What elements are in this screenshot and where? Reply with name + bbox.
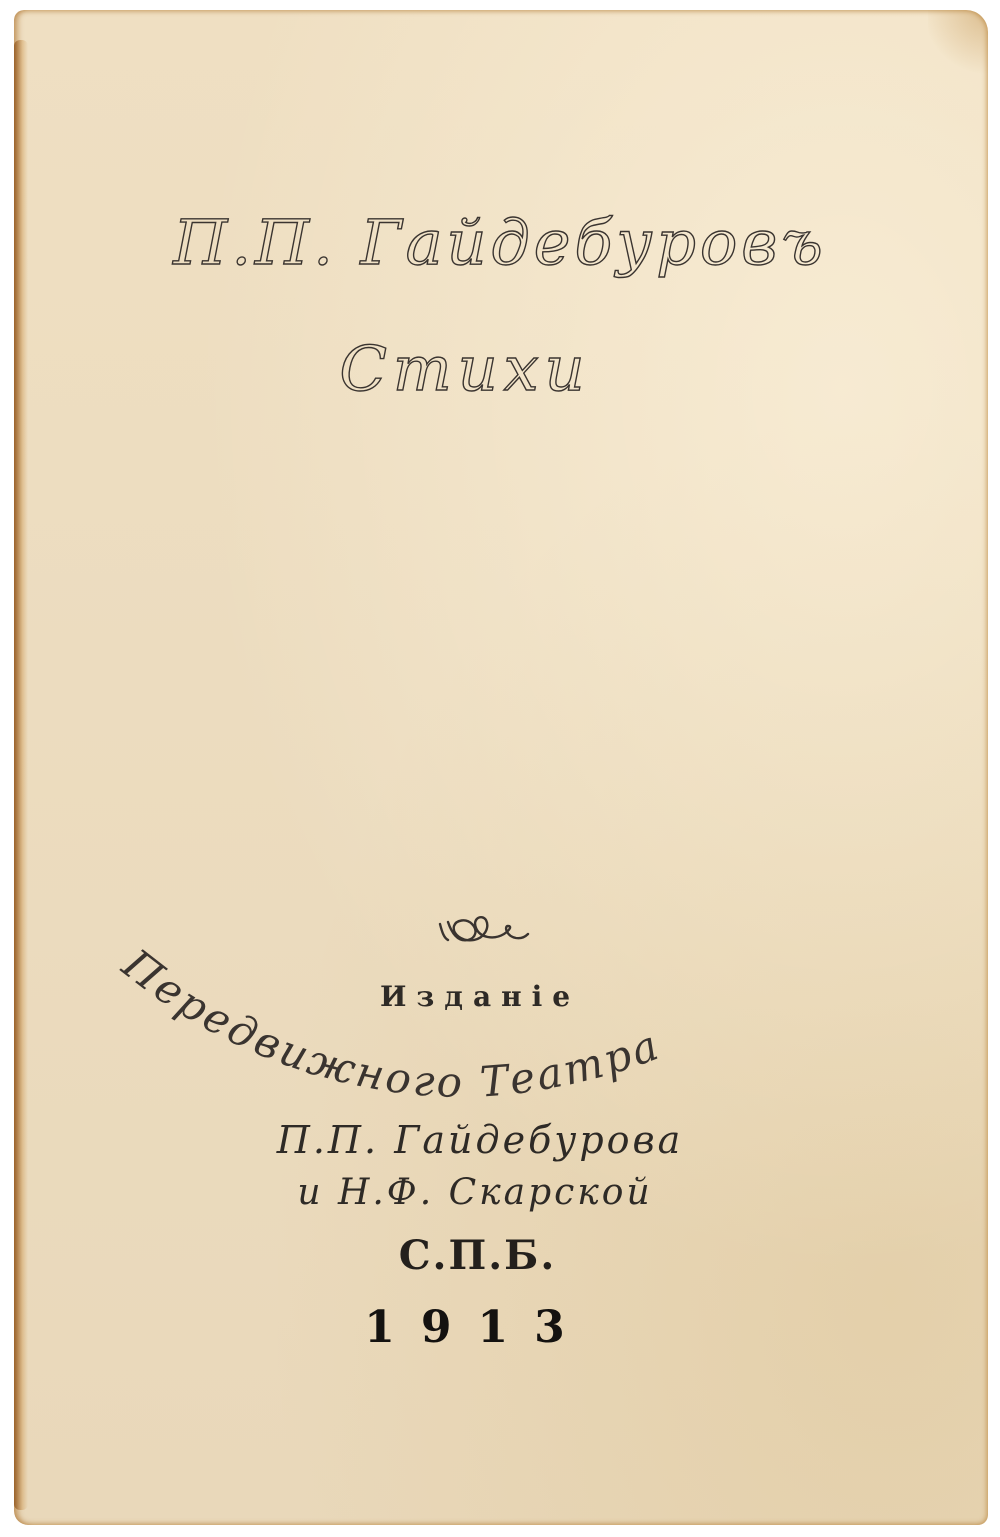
- publisher-name: Передвижного Театра: [113, 939, 667, 1107]
- publication-city: С.П.Б.: [0, 1232, 955, 1279]
- founders-line-2: и Н.Ф. Скарской: [0, 1172, 950, 1213]
- corner-wear: [928, 10, 988, 80]
- publication-year: 1913: [0, 1302, 955, 1353]
- author-name: П.П. Гайдебуровъ: [0, 212, 1000, 274]
- founders-line-1: П.П. Гайдебурова: [0, 1118, 960, 1162]
- publisher-name-arc: Передвижного Театра: [100, 930, 860, 1130]
- book-title: Стихи: [0, 338, 930, 400]
